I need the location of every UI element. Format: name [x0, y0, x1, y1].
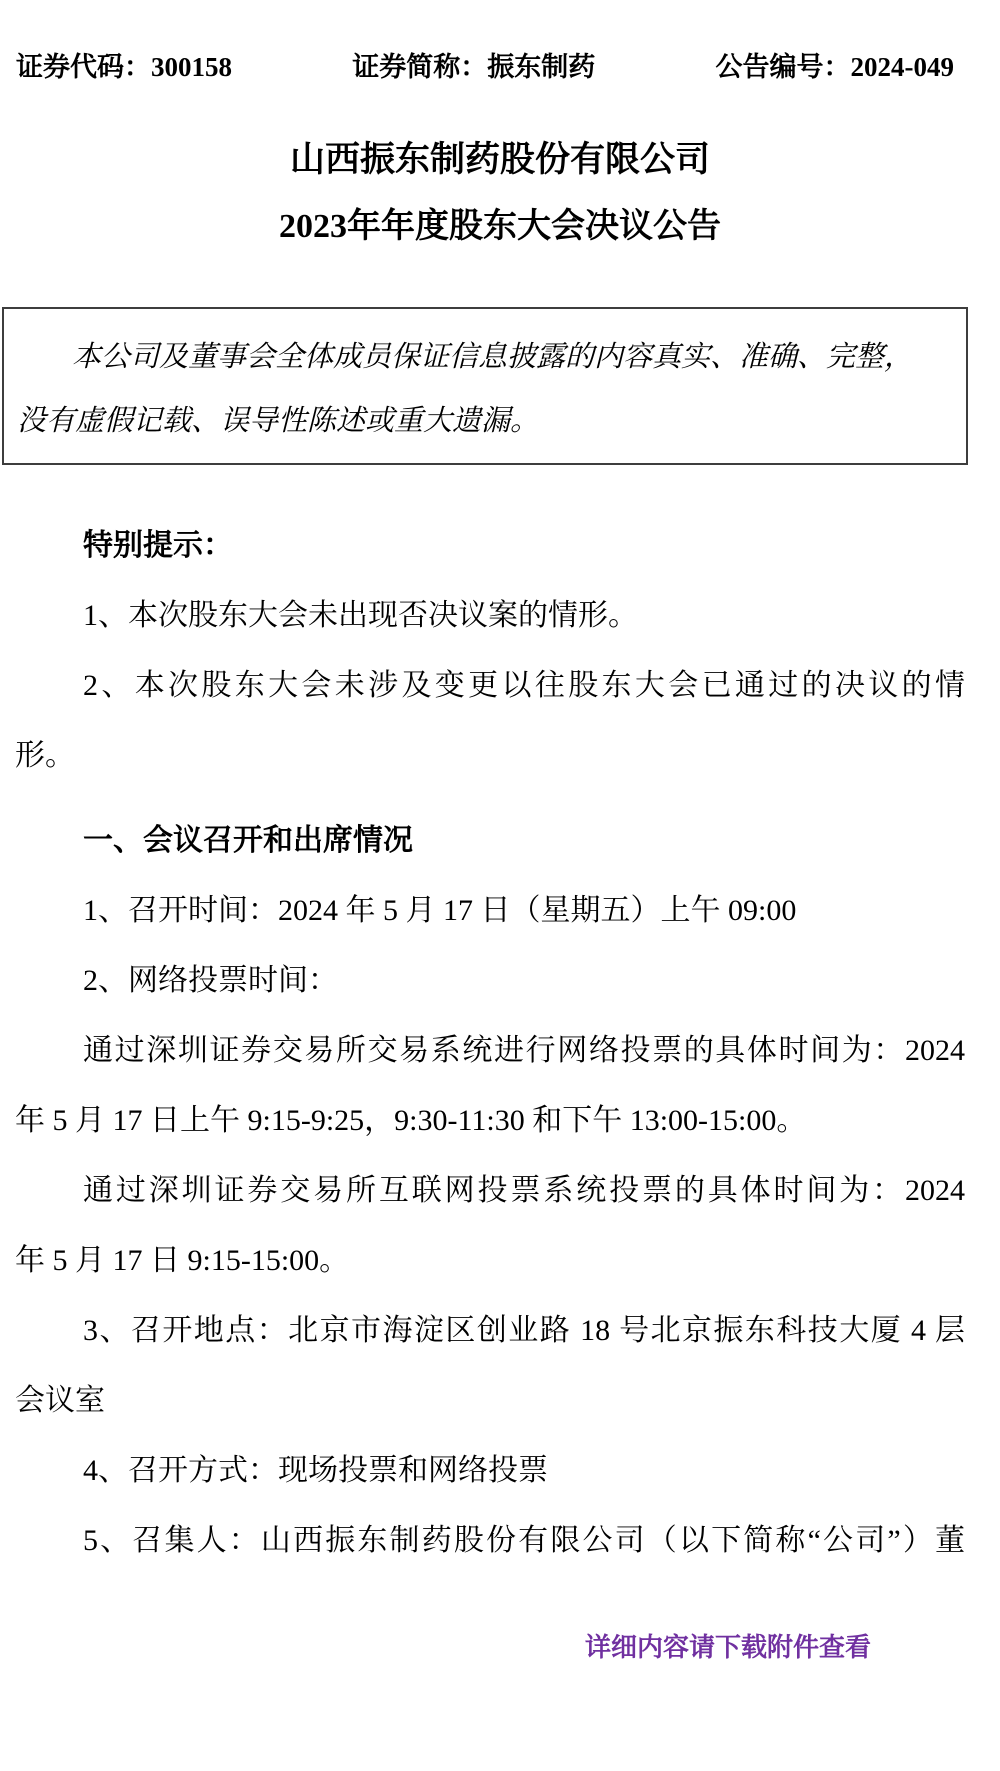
body-line: 会议室 — [15, 1366, 965, 1436]
body-line: 1、本次股东大会未出现否决议案的情形。 — [15, 581, 965, 651]
body-line: 2、本次股东大会未涉及变更以往股东大会已通过的决议的情 — [15, 651, 965, 721]
body-line: 3、召开地点：北京市海淀区创业路 18 号北京振东科技大厦 4 层 — [15, 1296, 965, 1366]
body-line: 一、会议召开和出席情况 — [15, 806, 965, 876]
announcement-document: { "page": { "background": "#ffffff", "te… — [0, 0, 1000, 1771]
body-line: 年 5 月 17 日上午 9:15-9:25，9:30-11:30 和下午 13… — [15, 1086, 965, 1156]
body-line: 通过深圳证券交易所互联网投票系统投票的具体时间为：2024 — [15, 1156, 965, 1226]
announcement-number-label: 公告编号：2024-049 — [716, 50, 955, 84]
body-line: 4、召开方式：现场投票和网络投票 — [15, 1436, 965, 1506]
stock-short-name-label: 证券简称：振东制药 — [352, 50, 595, 84]
document-header-row: 证券代码：300158 证券简称：振东制药 公告编号：2024-049 — [0, 0, 1000, 84]
body-line: 1、召开时间：2024 年 5 月 17 日（星期五）上午 09:00 — [15, 876, 965, 946]
body-line: 2、网络投票时间： — [15, 946, 965, 1016]
document-body: 特别提示：1、本次股东大会未出现否决议案的情形。2、本次股东大会未涉及变更以往股… — [15, 511, 965, 1576]
body-line: 特别提示： — [15, 511, 965, 581]
company-name-title: 山西振东制药股份有限公司 — [0, 140, 1000, 180]
stock-code-label: 证券代码：300158 — [16, 50, 232, 84]
disclaimer-line-2: 没有虚假记载、误导性陈述或重大遗漏。 — [17, 389, 950, 453]
announcement-title: 2023年年度股东大会决议公告 — [0, 207, 1000, 247]
disclaimer-line-1: 本公司及董事会全体成员保证信息披露的内容真实、准确、完整， — [17, 325, 950, 389]
body-line: 通过深圳证券交易所交易系统进行网络投票的具体时间为：2024 — [15, 1016, 965, 1086]
body-line: 5、召集人：山西振东制药股份有限公司（以下简称“公司”）董 — [15, 1506, 965, 1576]
attachment-download-note[interactable]: 详细内容请下载附件查看 — [0, 1632, 1000, 1664]
body-line: 形。 — [15, 721, 965, 791]
disclaimer-box: 本公司及董事会全体成员保证信息披露的内容真实、准确、完整， 没有虚假记载、误导性… — [2, 307, 968, 465]
body-line: 年 5 月 17 日 9:15-15:00。 — [15, 1226, 965, 1296]
